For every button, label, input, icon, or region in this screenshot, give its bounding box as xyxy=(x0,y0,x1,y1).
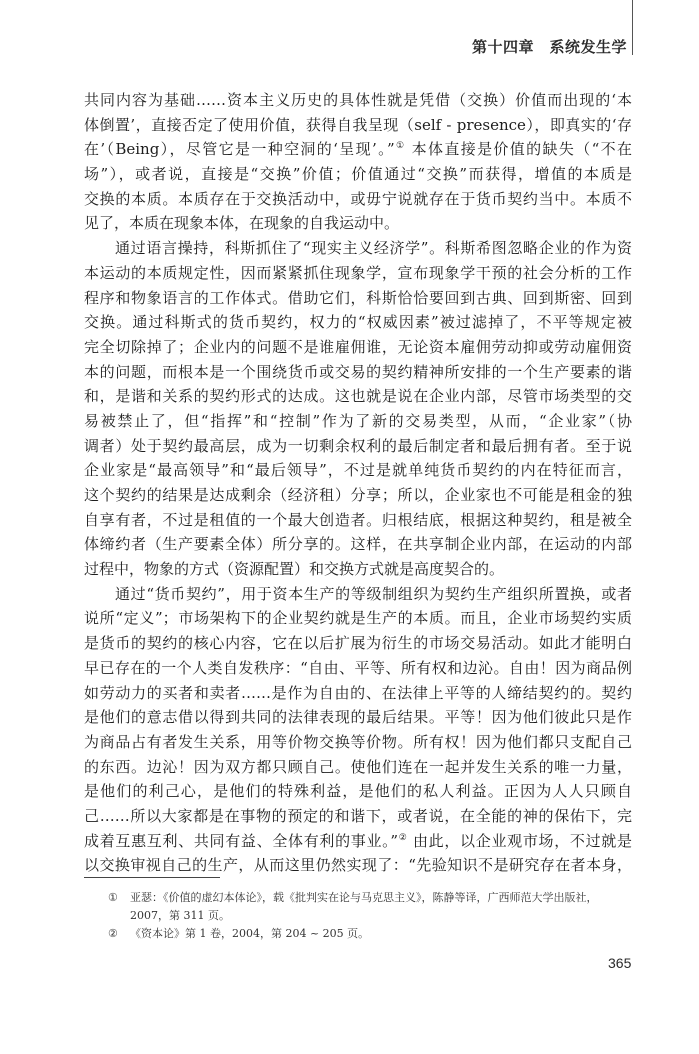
text-line: 己……所以大家都是在事物的预定的和谐下，或者说，在全能的神的保佑下，完 xyxy=(84,804,632,829)
text-line: 完全切除掉了；企业内的问题不是谁雇佣谁，无论资本雇佣劳动抑或劳动雇佣资 xyxy=(84,335,632,360)
line-text: 的东西。边沁！因为双方都只顾自己。使他们连在一起并发生关系的唯一力量， xyxy=(84,758,632,776)
line-text: 通过“货币契约”，用于资本生产的等级制组织为契约生产组织所置换，或者 xyxy=(115,585,632,603)
line-text: 场”），或者说，直接是“交换”价值；价值通过“交换”而获得，增值的本质是 xyxy=(84,165,632,183)
line-text: 以交换审视自己的生产，从而这里仍然实现了：“先验知识不是研究存在者本身， xyxy=(84,856,632,874)
text-line: 是货币的契约的核心内容，它在以后扩展为衍生的市场交易活动。如此才能明白 xyxy=(84,631,632,656)
footnote-2: ② 《资本论》第 1 卷，2004，第 204 ~ 205 页。 xyxy=(108,925,632,943)
text-line: 体倒置’，直接否定了使用价值，获得自我呈现（self - presence），即… xyxy=(84,113,632,138)
footnote-ref[interactable]: ① xyxy=(395,141,406,151)
text-line: 体缔约者（生产要素全体）所分享的。这样，在共享制企业内部，在运动的内部 xyxy=(84,532,632,557)
line-text: 是他们的意志借以得到共同的法律表现的最后结果。平等！因为他们彼此只是作 xyxy=(84,708,632,726)
line-text: 在’（Being），尽管它是一种空洞的‘呈现’。” xyxy=(84,140,395,158)
line-text: 企业家是“最高领导”和“最后领导”，不过是就单纯货币契约的内在特征而言， xyxy=(84,461,632,479)
footnotes: ① 亚瑟：《价值的虚幻本体论》，载《批判实在论与马克思主义》，陈静等译，广西师范… xyxy=(108,889,632,943)
text-line: 本运动的本质规定性，因而紧紧抓住现象学，宣布现象学干预的社会分析的工作 xyxy=(84,261,632,286)
footnote-1: ① 亚瑟：《价值的虚幻本体论》，载《批判实在论与马克思主义》，陈静等译，广西师范… xyxy=(108,889,632,925)
line-text: 如劳动力的买者和卖者……是作为自由的、在法律上平等的人缔结契约的。契约 xyxy=(84,684,632,702)
line-text: 和，是谐和关系的契约形式的达成。这也就是说在企业内部，尽管市场类型的交 xyxy=(84,387,632,405)
text-line: 程序和物象语言的工作体式。借助它们，科斯恰恰要回到古典、回到斯密、回到 xyxy=(84,286,632,311)
footnote-mark: ① xyxy=(108,889,130,925)
line-text: 本运动的本质规定性，因而紧紧抓住现象学，宣布现象学干预的社会分析的工作 xyxy=(84,264,632,282)
line-text: 说所“定义”；市场架构下的企业契约就是生产的本质。而且，企业市场契约实质 xyxy=(84,609,632,627)
line-text: 体倒置’，直接否定了使用价值，获得自我呈现（self - presence），即… xyxy=(84,116,632,134)
text-line: 场”），或者说，直接是“交换”价值；价值通过“交换”而获得，增值的本质是 xyxy=(84,162,632,187)
text-line: 见了，本质在现象本体，在现象的自我运动中。 xyxy=(84,211,632,236)
text-line: 早已存在的一个人类自发秩序：“自由、平等、所有权和边沁。自由！因为商品例 xyxy=(84,656,632,681)
text-line: 说所“定义”；市场架构下的企业契约就是生产的本质。而且，企业市场契约实质 xyxy=(84,606,632,631)
text-line: 企业家是“最高领导”和“最后领导”，不过是就单纯货币契约的内在特征而言， xyxy=(84,458,632,483)
footnote-text: 《资本论》第 1 卷，2004，第 204 ~ 205 页。 xyxy=(130,925,632,943)
line-text: 共同内容为基础……资本主义历史的具体性就是凭借（交换）价值而出现的‘本 xyxy=(84,91,632,109)
text-line: 本的问题，而根本是一个围绕货币或交易的契约精神所安排的一个生产要素的谐 xyxy=(84,360,632,385)
text-line: 共同内容为基础……资本主义历史的具体性就是凭借（交换）价值而出现的‘本 xyxy=(84,88,632,113)
line-text: 为商品占有者发生关系，用等价物交换等价物。所有权！因为他们都只支配自己 xyxy=(84,733,632,751)
body-text: 共同内容为基础……资本主义历史的具体性就是凭借（交换）价值而出现的‘本体倒置’，… xyxy=(84,88,632,878)
line-text: 自享有者，不过是租值的一个最大创造者。归根结底，根据这种契约，租是被全 xyxy=(84,511,632,529)
line-text: 见了，本质在现象本体，在现象的自我运动中。 xyxy=(84,214,399,232)
text-line: 这个契约的结果是达成剩余（经济租）分享；所以，企业家也不可能是租金的独 xyxy=(84,483,632,508)
line-text: 交换的本质。本质存在于交换活动中，或毋宁说就存在于货币契约当中。本质不 xyxy=(84,190,632,208)
line-text: 是他们的利己心，是他们的特殊利益，是他们的私人利益。正因为人人只顾自 xyxy=(84,782,632,800)
line-text-tail: 由此，以企业观市场，不过就是 xyxy=(408,832,632,850)
line-text: 这个契约的结果是达成剩余（经济租）分享；所以，企业家也不可能是租金的独 xyxy=(84,486,632,504)
text-line: 的东西。边沁！因为双方都只顾自己。使他们连在一起并发生关系的唯一力量， xyxy=(84,755,632,780)
line-text: 体缔约者（生产要素全体）所分享的。这样，在共享制企业内部，在运动的内部 xyxy=(84,535,632,553)
text-line: 交换的本质。本质存在于交换活动中，或毋宁说就存在于货币契约当中。本质不 xyxy=(84,187,632,212)
text-line: 为商品占有者发生关系，用等价物交换等价物。所有权！因为他们都只支配自己 xyxy=(84,730,632,755)
text-line: 过程中，物象的方式（资源配置）和交换方式就是高度契合的。 xyxy=(84,557,632,582)
page-number: 365 xyxy=(608,955,631,971)
text-line: 如劳动力的买者和卖者……是作为自由的、在法律上平等的人缔结契约的。契约 xyxy=(84,681,632,706)
text-line: 通过“货币契约”，用于资本生产的等级制组织为契约生产组织所置换，或者 xyxy=(84,582,632,607)
line-text: 易被禁止了，但“指挥”和“控制”作为了新的交易类型，从而，“企业家”（协 xyxy=(84,412,632,430)
line-text: 早已存在的一个人类自发秩序：“自由、平等、所有权和边沁。自由！因为商品例 xyxy=(84,659,632,677)
text-line: 是他们的利己心，是他们的特殊利益，是他们的私人利益。正因为人人只顾自 xyxy=(84,779,632,804)
text-line: 易被禁止了，但“指挥”和“控制”作为了新的交易类型，从而，“企业家”（协 xyxy=(84,409,632,434)
line-text: 成着互惠互利、共同有益、全体有利的事业。” xyxy=(84,832,398,850)
text-line: 交换。通过科斯式的货币契约，权力的“权威因素”被过滤掉了，不平等规定被 xyxy=(84,310,632,335)
line-text: 调者）处于契约最高层，成为一切剩余权利的最后制定者和最后拥有者。至于说 xyxy=(84,437,632,455)
line-text: 本的问题，而根本是一个围绕货币或交易的契约精神所安排的一个生产要素的谐 xyxy=(84,363,632,381)
line-text: 是货币的契约的核心内容，它在以后扩展为衍生的市场交易活动。如此才能明白 xyxy=(84,634,632,652)
line-text: 过程中，物象的方式（资源配置）和交换方式就是高度契合的。 xyxy=(84,560,504,578)
line-text: 完全切除掉了；企业内的问题不是谁雇佣谁，无论资本雇佣劳动抑或劳动雇佣资 xyxy=(84,338,632,356)
footnote-ref[interactable]: ② xyxy=(398,833,407,843)
line-text: 交换。通过科斯式的货币契约，权力的“权威因素”被过滤掉了，不平等规定被 xyxy=(84,313,632,331)
text-line: 以交换审视自己的生产，从而这里仍然实现了：“先验知识不是研究存在者本身， xyxy=(84,853,632,878)
line-text: 程序和物象语言的工作体式。借助它们，科斯恰恰要回到古典、回到斯密、回到 xyxy=(84,289,632,307)
line-text-tail: 本体直接是价值的缺失（“不在 xyxy=(405,140,632,158)
line-text: 己……所以大家都是在事物的预定的和谐下，或者说，在全能的神的保佑下，完 xyxy=(84,807,632,825)
text-line: 调者）处于契约最高层，成为一切剩余权利的最后制定者和最后拥有者。至于说 xyxy=(84,434,632,459)
text-line: 自享有者，不过是租值的一个最大创造者。归根结底，根据这种契约，租是被全 xyxy=(84,508,632,533)
footnote-separator xyxy=(84,877,220,878)
footnote-mark: ② xyxy=(108,925,130,943)
text-line: 通过语言操持，科斯抓住了“现实主义经济学”。科斯希图忽略企业的作为资 xyxy=(84,236,632,261)
text-line: 是他们的意志借以得到共同的法律表现的最后结果。平等！因为他们彼此只是作 xyxy=(84,705,632,730)
line-text: 通过语言操持，科斯抓住了“现实主义经济学”。科斯希图忽略企业的作为资 xyxy=(115,239,632,257)
text-line: 在’（Being），尽管它是一种空洞的‘呈现’。”① 本体直接是价值的缺失（“不… xyxy=(84,137,632,162)
footnote-text: 亚瑟：《价值的虚幻本体论》，载《批判实在论与马克思主义》，陈静等译，广西师范大学… xyxy=(130,889,632,925)
running-head: 第十四章 系统发生学 xyxy=(472,36,627,57)
text-line: 成着互惠互利、共同有益、全体有利的事业。”② 由此，以企业观市场，不过就是 xyxy=(84,829,632,854)
text-line: 和，是谐和关系的契约形式的达成。这也就是说在企业内部，尽管市场类型的交 xyxy=(84,384,632,409)
header-rule xyxy=(632,0,633,55)
